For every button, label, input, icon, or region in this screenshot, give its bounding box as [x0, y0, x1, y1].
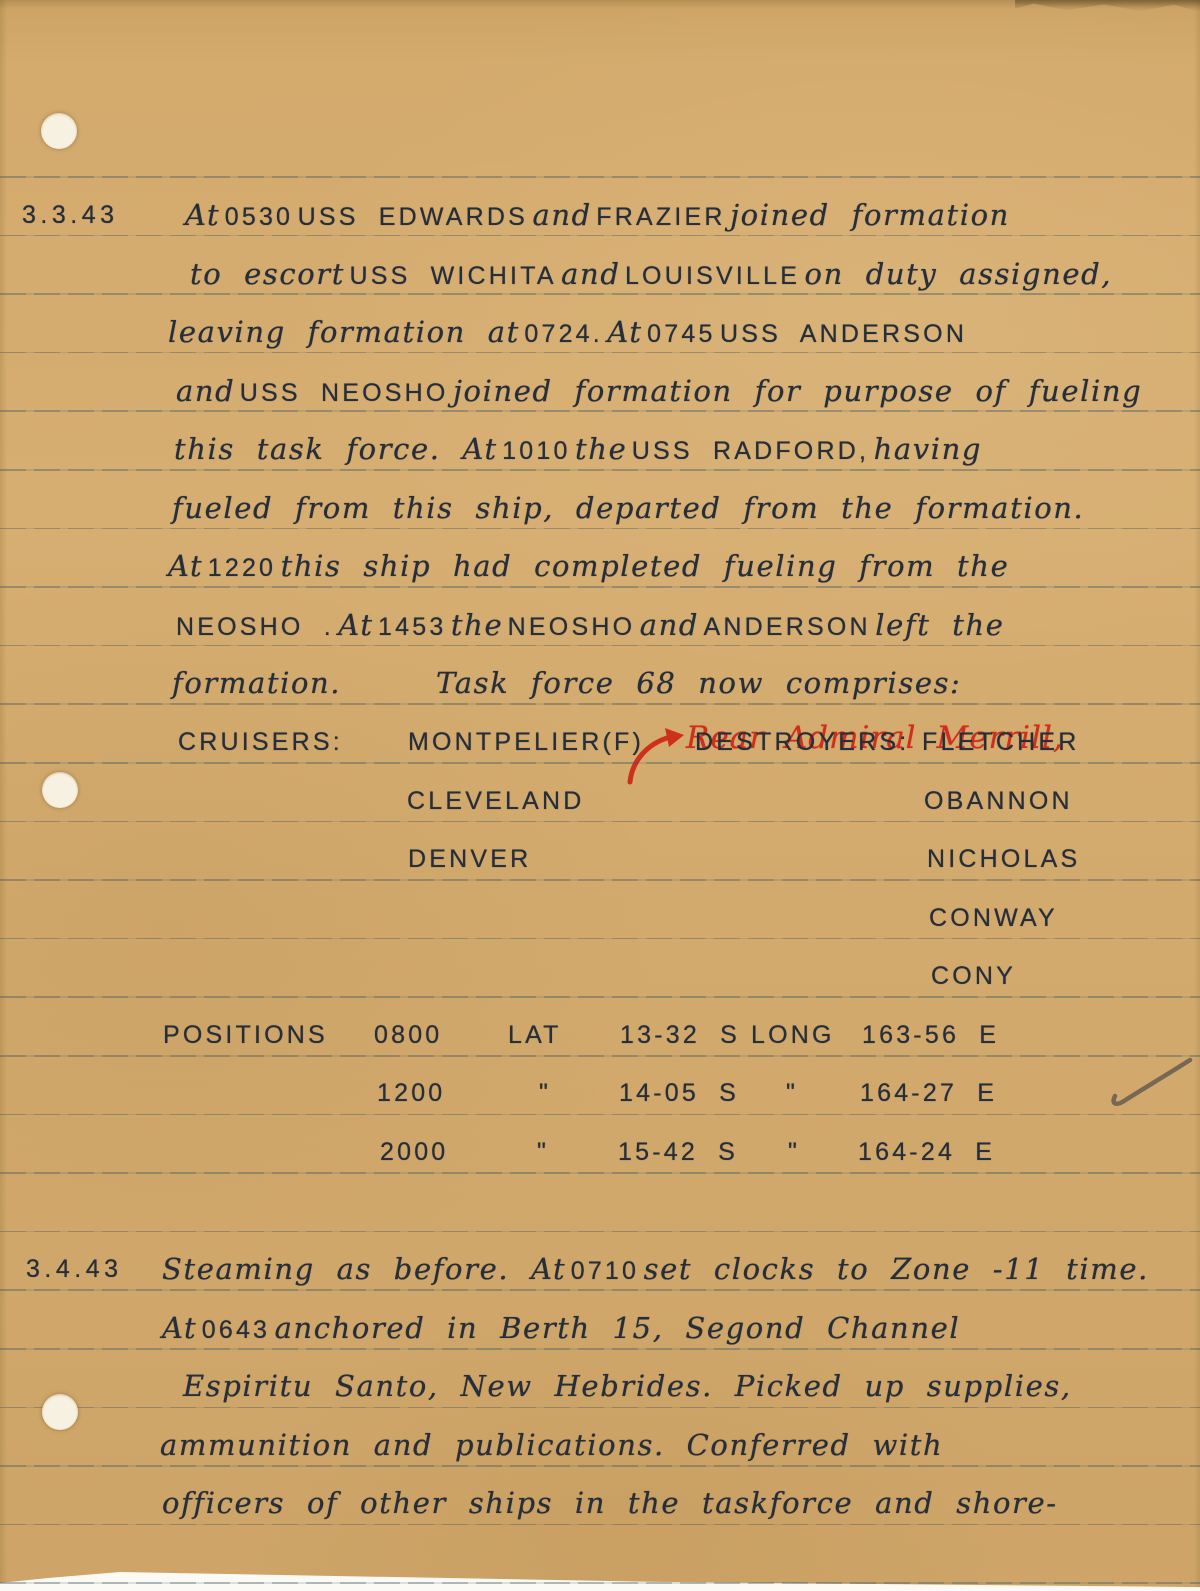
time: 0724. [524, 320, 603, 348]
text-segment: and [532, 198, 591, 232]
entry-date: 3.3.43 [22, 189, 119, 241]
fleet-table-row: CONWAY [0, 892, 1200, 944]
text-segment: set clocks to Zone -11 time. [644, 1252, 1149, 1286]
time: 0643 [202, 1316, 270, 1344]
text-segment: At [185, 198, 220, 232]
text-segment: anchored in Berth 15, Segond Channel [275, 1311, 961, 1345]
ship-name: USS NEOSHO [240, 379, 449, 407]
longitude: 163-56 E [862, 1009, 999, 1061]
text-segment: officers of other ships in the taskforce… [162, 1486, 1058, 1520]
text-segment: formation. [172, 666, 341, 700]
text-segment: ammunition and publications. Conferred w… [160, 1428, 943, 1462]
ship-name: USS WICHITA [349, 262, 556, 290]
positions-row: POSITIONS0800LAT13-32 SLONG163-56 E [0, 1009, 1200, 1061]
text-segment: At [162, 1311, 197, 1345]
ship-name: USS ANDERSON [720, 320, 967, 348]
log-line: to escort USS WICHITA and LOUISVILLE on … [0, 248, 1200, 300]
text-segment: fueled from this ship, departed from the… [172, 491, 1084, 525]
cruisers-label: CRUISERS: [178, 716, 343, 768]
latitude: 15-42 S [618, 1126, 738, 1178]
entry-3-4-43-line-1: 3.4.43Steaming as before. At 0710 set cl… [0, 1243, 1200, 1295]
log-line: ammunition and publications. Conferred w… [0, 1419, 1200, 1471]
time: 0710 [571, 1257, 639, 1285]
entry-date: 3.4.43 [26, 1243, 123, 1295]
text-segment: to escort [190, 257, 345, 291]
log-line: fueled from this ship, departed from the… [0, 482, 1200, 534]
ditto-mark: " [539, 1067, 551, 1119]
positions-label: POSITIONS [163, 1009, 328, 1061]
text-segment: At [338, 608, 373, 642]
time: 0745 [647, 320, 715, 348]
text-segment: left the [875, 608, 1004, 642]
log-line: At 0643 anchored in Berth 15, Segond Cha… [0, 1302, 1200, 1354]
text-segment: and [561, 257, 620, 291]
text-segment: Espiritu Santo, New Hebrides. Picked up … [183, 1369, 1072, 1403]
log-line: this task force. At 1010 the USS RADFORD… [0, 423, 1200, 475]
log-line: Espiritu Santo, New Hebrides. Picked up … [0, 1360, 1200, 1412]
fleet-table-row: DENVERNICHOLAS [0, 833, 1200, 885]
log-line: leaving formation at 0724. At 0745 USS A… [0, 306, 1200, 358]
text-segment: leaving formation at [168, 315, 520, 349]
ship-name: NEOSHO [508, 613, 636, 641]
time: 2000 [380, 1126, 448, 1178]
latitude: 13-32 S [620, 1009, 740, 1061]
positions-row: 2000"15-42 S"164-24 E [0, 1126, 1200, 1178]
fleet-table-row: CONY [0, 950, 1200, 1002]
ship-name: LOUISVILLE [625, 262, 800, 290]
scan-background-bottom-edge [0, 1565, 1200, 1591]
latitude: 14-05 S [619, 1067, 739, 1119]
time: 0800 [374, 1009, 442, 1061]
ship-name: DENVER [408, 833, 531, 885]
text-segment: joined formation for purpose of fueling [453, 374, 1142, 408]
lat-label: LAT [508, 1009, 562, 1061]
ship-name: OBANNON [924, 775, 1073, 827]
long-label: LONG [751, 1009, 835, 1061]
ruled-line [0, 176, 1200, 178]
ruled-line [0, 1231, 1200, 1233]
text-segment: and [640, 608, 699, 642]
text-segment: the [575, 432, 627, 466]
ship-name: CLEVELAND [407, 775, 584, 827]
time: 0530 [225, 203, 293, 231]
ditto-mark: " [537, 1126, 549, 1178]
scan-edge-smudge [1015, 0, 1200, 12]
time: 1453 [378, 613, 446, 641]
ship-name: NEOSHO . [176, 613, 334, 641]
punch-hole [41, 113, 77, 149]
text-segment: At [168, 549, 203, 583]
ship-name: MONTPELIER(F) [408, 716, 644, 768]
ship-name: CONY [931, 950, 1016, 1002]
log-line: At 1220 this ship had completed fueling … [0, 540, 1200, 592]
longitude: 164-27 E [860, 1067, 997, 1119]
time: 1200 [377, 1067, 445, 1119]
ship-name: FRAZIER [596, 203, 725, 231]
text-segment: and [176, 374, 235, 408]
text-segment: having [874, 432, 982, 466]
ship-name: FLETCHER [922, 716, 1080, 768]
text-segment: this task force. At [174, 432, 498, 466]
ship-name: CONWAY [929, 892, 1058, 944]
ship-name: USS RADFORD, [632, 437, 869, 465]
ditto-mark: " [788, 1126, 800, 1178]
entry-3-3-43-line-1: 3.3.43At 0530 USS EDWARDS and FRAZIER jo… [0, 189, 1200, 241]
ship-name: USS EDWARDS [298, 203, 528, 231]
text-segment: Task force 68 now comprises: [436, 657, 961, 709]
text-segment: on duty assigned, [805, 257, 1113, 291]
ruled-line [0, 1582, 1200, 1584]
log-line: formation. Task force 68 now comprises: [0, 657, 1200, 709]
ship-name: NICHOLAS [927, 833, 1080, 885]
text-segment: this ship had completed fueling from the [281, 549, 1010, 583]
positions-row: 1200"14-05 S"164-27 E [0, 1067, 1200, 1119]
text-segment: joined formation [730, 198, 1010, 232]
log-line: officers of other ships in the taskforce… [0, 1477, 1200, 1529]
longitude: 164-24 E [858, 1126, 995, 1178]
text-segment: the [451, 608, 503, 642]
text-segment: Steaming as before. At [162, 1252, 566, 1286]
text-segment: At [607, 315, 642, 349]
fleet-table-row: CRUISERS:MONTPELIER(F)DESTROYERS:FLETCHE… [0, 716, 1200, 768]
destroyers-label: DESTROYERS: [695, 716, 909, 768]
log-line: and USS NEOSHO joined formation for purp… [0, 365, 1200, 417]
ditto-mark: " [786, 1067, 798, 1119]
ship-name: ANDERSON [703, 613, 870, 641]
fleet-table-row: CLEVELANDOBANNON [0, 775, 1200, 827]
log-line: NEOSHO . At 1453 the NEOSHO and ANDERSON… [0, 599, 1200, 651]
time: 1220 [208, 554, 276, 582]
time: 1010 [502, 437, 570, 465]
paper: 3.3.43At 0530 USS EDWARDS and FRAZIER jo… [0, 0, 1200, 1591]
